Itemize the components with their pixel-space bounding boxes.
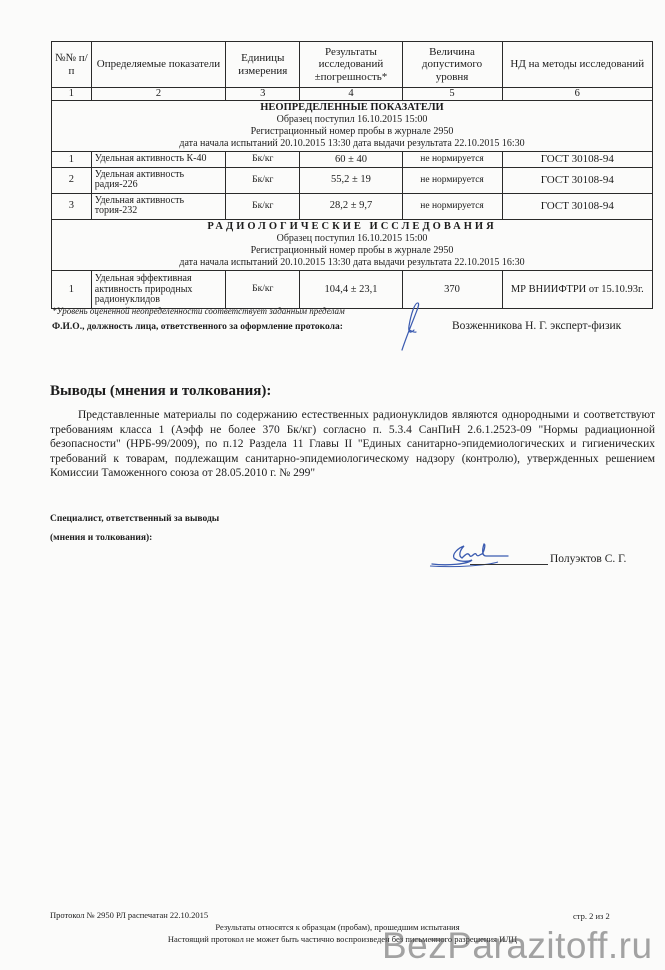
row-indicator: Удельная активность радия-226 xyxy=(91,167,225,193)
row-method: ГОСТ 30108-94 xyxy=(502,152,652,167)
row-method: ГОСТ 30108-94 xyxy=(502,167,652,193)
section-title: НЕОПРЕДЕЛЕННЫЕ ПОКАЗАТЕЛИ xyxy=(55,102,649,115)
row-indicator: Удельная активность К-40 xyxy=(91,152,225,167)
specialist-name: Полуэктов С. Г. xyxy=(550,553,626,565)
page-number: стр. 2 из 2 xyxy=(573,911,610,921)
row-unit: Бк/кг xyxy=(226,193,300,219)
row-number: 1 xyxy=(52,271,92,309)
sample-received: Образец поступил 16.10.2015 15:00 xyxy=(55,114,649,126)
section-header: РАДИОЛОГИЧЕСКИЕ ИССЛЕДОВАНИЯ Образец пос… xyxy=(52,219,653,271)
row-limit: не нормируется xyxy=(402,167,502,193)
footnote: *Уровень оцененной неопределенности соот… xyxy=(52,306,345,316)
row-result: 28,2 ± 9,7 xyxy=(300,193,402,219)
conclusions-title: Выводы (мнения и толкования): xyxy=(50,383,271,400)
header-indicator: Определяемые показатели xyxy=(91,42,225,88)
column-number: 6 xyxy=(502,88,652,101)
row-limit: не нормируется xyxy=(402,152,502,167)
column-number-row: 1 2 3 4 5 6 xyxy=(52,88,653,101)
row-result: 104,4 ± 23,1 xyxy=(300,271,402,309)
header-method: НД на методы исследований xyxy=(502,42,652,88)
row-method: МР ВНИИФТРИ от 15.10.93г. xyxy=(502,271,652,309)
table-row: 1 Удельная активность К-40 Бк/кг 60 ± 40… xyxy=(52,152,653,167)
protocol-number: Протокол № 2950 РЛ распечатан 22.10.2015 xyxy=(50,910,208,920)
column-number: 2 xyxy=(91,88,225,101)
row-unit: Бк/кг xyxy=(226,152,300,167)
header-limit: Величина допустимого уровня xyxy=(402,42,502,88)
header-number: №№ п/п xyxy=(52,42,92,88)
section-header-row: НЕОПРЕДЕЛЕННЫЕ ПОКАЗАТЕЛИ Образец поступ… xyxy=(52,100,653,152)
watermark: BezParazitoff.ru xyxy=(382,925,653,967)
table-row: 2 Удельная активность радия-226 Бк/кг 55… xyxy=(52,167,653,193)
test-dates: дата начала испытаний 20.10.2015 13:30 д… xyxy=(55,138,649,150)
responsible-name: Возженникова Н. Г. эксперт-физик xyxy=(452,320,621,332)
row-limit: не нормируется xyxy=(402,193,502,219)
row-result: 60 ± 40 xyxy=(300,152,402,167)
row-indicator: Удельная эффективная активность природны… xyxy=(91,271,225,309)
row-number: 2 xyxy=(52,167,92,193)
conclusions-text: Представленные материалы по содержанию е… xyxy=(50,408,655,481)
sample-received: Образец поступил 16.10.2015 15:00 xyxy=(55,233,649,245)
section-header-row: РАДИОЛОГИЧЕСКИЕ ИССЛЕДОВАНИЯ Образец пос… xyxy=(52,219,653,271)
specialist-label-line1: Специалист, ответственный за выводы xyxy=(50,514,219,524)
responsible-label: Ф.И.О., должность лица, ответственного з… xyxy=(52,322,343,332)
row-number: 1 xyxy=(52,152,92,167)
table-row: 1 Удельная эффективная активность природ… xyxy=(52,271,653,309)
header-unit: Единицы измерения xyxy=(226,42,300,88)
specialist-label-line2: (мнения и толкования): xyxy=(50,533,152,543)
row-method: ГОСТ 30108-94 xyxy=(502,193,652,219)
column-number: 1 xyxy=(52,88,92,101)
registration-number: Регистрационный номер пробы в журнале 29… xyxy=(55,126,649,138)
test-dates: дата начала испытаний 20.10.2015 13:30 д… xyxy=(55,257,649,269)
signature-line xyxy=(470,564,548,565)
column-number: 4 xyxy=(300,88,402,101)
row-unit: Бк/кг xyxy=(226,271,300,309)
row-indicator: Удельная активность тория-232 xyxy=(91,193,225,219)
row-number: 3 xyxy=(52,193,92,219)
row-result: 55,2 ± 19 xyxy=(300,167,402,193)
table-row: 3 Удельная активность тория-232 Бк/кг 28… xyxy=(52,193,653,219)
protocol-page: №№ п/п Определяемые показатели Единицы и… xyxy=(0,0,665,970)
section-header: НЕОПРЕДЕЛЕННЫЕ ПОКАЗАТЕЛИ Образец поступ… xyxy=(52,100,653,152)
row-unit: Бк/кг xyxy=(226,167,300,193)
results-table: №№ п/п Определяемые показатели Единицы и… xyxy=(51,41,653,309)
column-number: 5 xyxy=(402,88,502,101)
registration-number: Регистрационный номер пробы в журнале 29… xyxy=(55,245,649,257)
column-number: 3 xyxy=(226,88,300,101)
table-header-row: №№ п/п Определяемые показатели Единицы и… xyxy=(52,42,653,88)
section-title: РАДИОЛОГИЧЕСКИЕ ИССЛЕДОВАНИЯ xyxy=(55,221,649,234)
signature-icon xyxy=(396,300,426,354)
header-result: Результаты исследований ±погрешность* xyxy=(300,42,402,88)
